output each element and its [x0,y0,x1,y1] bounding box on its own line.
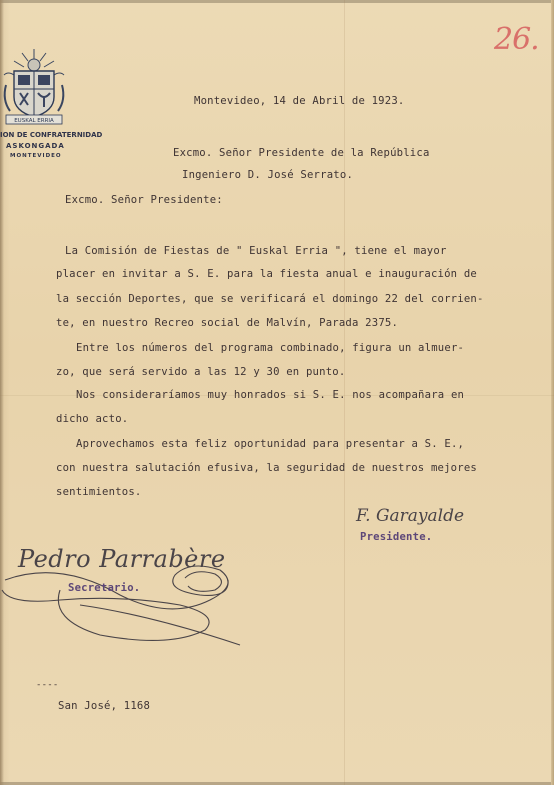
body-line: sentimientos. [56,486,142,498]
top-edge [0,0,554,3]
body-line: la sección Deportes, que se verificará e… [56,293,484,305]
date-line: Montevideo, 14 de Abril de 1923. [194,95,405,107]
addressee-line-1: Excmo. Señor Presidente de la República [173,147,430,159]
footer-address: San José, 1168 [58,700,150,712]
body-line: dicho acto. [56,413,128,425]
body-line: Entre los números del programa combinado… [76,342,464,354]
president-title: Presidente. [360,531,432,543]
body-line: La Comisión de Fiestas de " Euskal Erria… [65,245,447,257]
body-line: con nuestra salutación efusiva, la segur… [56,462,477,474]
coat-of-arms-icon: EUSKAL ERRIA [0,45,68,127]
letterhead-line-2: ASKONGADA [6,142,65,150]
body-line: Nos consideraríamos muy honrados si S. E… [76,389,464,401]
body-line: placer en invitar a S. E. para la fiesta… [56,268,477,280]
letterhead-line-3: MONTEVIDEO [10,153,62,159]
president-signature: F. Garayalde [356,506,464,526]
body-line: Aprovechamos esta feliz oportunidad para… [76,438,464,450]
secretary-title: Secretario. [68,582,140,594]
footer-dashes: ---- [36,680,58,690]
salutation: Excmo. Señor Presidente: [65,194,223,206]
letterhead-line-1: ION DE CONFRATERNIDAD [0,131,102,139]
body-line: te, en nuestro Recreo social de Malvín, … [56,317,398,329]
addressee-line-2: Ingeniero D. José Serrato. [182,169,353,181]
crest-banner-text: EUSKAL ERRIA [14,118,54,124]
signature-flourish-icon [0,560,250,650]
body-line: zo, que será servido a las 12 y 30 en pu… [56,366,345,378]
folio-number: 26. [494,22,539,57]
